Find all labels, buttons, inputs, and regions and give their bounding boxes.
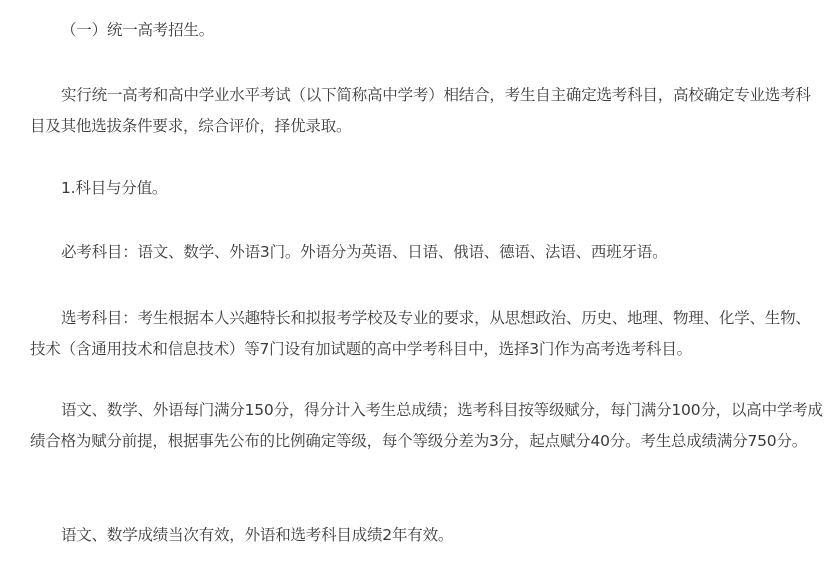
section-title: （一）统一高考招生。 — [30, 15, 825, 46]
subheading-subjects-scores: 1.科目与分值。 — [30, 173, 825, 204]
elective-subjects-paragraph: 选考科目：考生根据本人兴趣特长和拟报考学校及专业的要求，从思想政治、历史、地理、… — [30, 303, 825, 364]
required-subjects-paragraph: 必考科目：语文、数学、外语3门。外语分为英语、日语、俄语、德语、法语、西班牙语。 — [30, 237, 825, 268]
validity-paragraph: 语文、数学成绩当次有效，外语和选考科目成绩2年有效。 — [30, 520, 825, 551]
intro-paragraph: 实行统一高考和高中学业水平考试（以下简称高中学考）相结合，考生自主确定选考科目，… — [30, 80, 825, 141]
scoring-paragraph: 语文、数学、外语每门满分150分，得分计入考生总成绩；选考科目按等级赋分，每门满… — [30, 395, 825, 456]
